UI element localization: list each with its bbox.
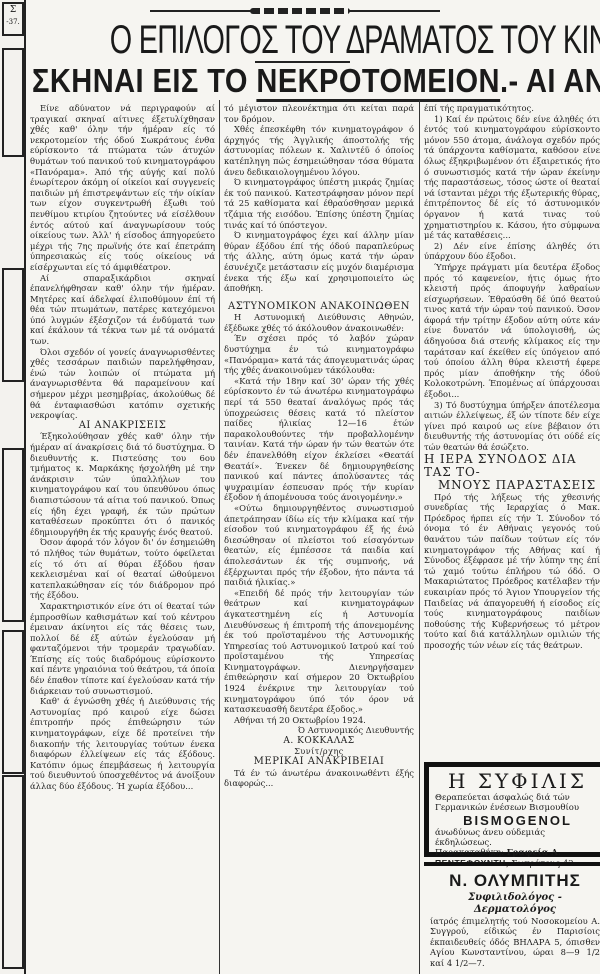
sub-headline: ΣΚΗΝΑΙ ΕΙΣ ΤΟ ΝΕΚΡΟΤΟΜΕΙΟΝ.- ΑΙ ΑΝΑΚΡΙΣΕ… bbox=[32, 62, 560, 100]
paragraph: Όλοι σχεδόν οί γονείς άναγνωρισθέντες χθ… bbox=[30, 347, 215, 421]
section-heading-inaccuracies: ΜΕΡΙΚΑΙ ΑΝΑΚΡΙΒΕΙΑΙ bbox=[224, 757, 414, 768]
column-rule-2 bbox=[419, 100, 420, 974]
sub-headline-part2: ΝΕΚΡΟΤΟΜΕΙΟΝ bbox=[256, 62, 500, 102]
paragraph: 2) Δέν είνε έπίσης άληθές ότι ύπάρχουν δ… bbox=[424, 241, 600, 262]
left-fragment-number: -37. bbox=[6, 18, 20, 26]
signature-title: Ό Αστυνομικός Διευθυντής bbox=[224, 725, 414, 736]
left-ad-box-4 bbox=[2, 630, 24, 774]
ad-doctor-profession: Συφιλιδολόγος - Δερματολόγος bbox=[430, 892, 600, 916]
ad-deposit-value: Γραφεία Α. bbox=[507, 848, 561, 858]
section-heading-holy-synod: Η ΙΕΡΑ ΣΥΝΟΔΟΣ ΔΙΑ ΤΑΣ ΤΟ- bbox=[424, 453, 600, 479]
paragraph: «Ούτω δημιουργηθέντος συνωστισμού άπετρά… bbox=[224, 503, 414, 588]
ad-doctor-name: Ν. ΟΛΥΜΠΙΤΗΣ bbox=[430, 870, 600, 892]
ad-title: Η ΣΥΦΙΛΙΣ bbox=[435, 769, 600, 793]
paragraph: «Επειδή δέ πρός τήν λειτουργίαν τών θεάτ… bbox=[224, 588, 414, 715]
left-ad-box-5 bbox=[2, 775, 24, 969]
ad-text: Θεραπεύεται άσφαλώς διά τών Γερμανικών έ… bbox=[435, 793, 600, 813]
paragraph: Έν σχέσει πρός τό λαβόν χώραν δυστύχημα … bbox=[224, 333, 414, 375]
left-ad-box-3 bbox=[2, 448, 24, 622]
paragraph: Καθ' ά έγνώσθη χθές ή Διεύθυνσις τής Αστ… bbox=[30, 696, 215, 791]
article-column-3: έπί τής πραγματικότητος. 1) Καί έν πρώτο… bbox=[424, 103, 600, 743]
signature-name: Α. ΚΟΚΚΑΛΑΣ bbox=[224, 736, 414, 747]
main-headline: Ο ΕΠΙΛΟΓΟΣ ΤΟΥ ΔΡΑΜΑΤΟΣ ΤΟΥ ΚΙΝΗΜΑΤΟΓΡΑΦ… bbox=[110, 18, 520, 62]
ad-text: άνωδύνως άνευ ούδεμιάς έκδηλώσεως. bbox=[435, 828, 600, 848]
title-ornament bbox=[150, 8, 440, 14]
left-ad-box-2 bbox=[2, 268, 24, 382]
section-heading-holy-synod-line2: ΜΝΟΥΣ ΠΑΡΑΣΤΑΣΕΙΣ bbox=[424, 479, 600, 492]
paragraph: Ό κινηματογράφος ύπέστη μικράς ζημίας έκ… bbox=[224, 177, 414, 230]
section-heading-investigations: ΑΙ ΑΝΑΚΡΙΣΕΙΣ bbox=[30, 421, 215, 432]
left-ad-box-1 bbox=[2, 48, 24, 157]
ad-doctor-olympitis: Ν. ΟΛΥΜΠΙΤΗΣ Συφιλιδολόγος - Δερματολόγο… bbox=[424, 870, 600, 974]
article-column-2: τό μέγιστον πλεονέκτημα ότι κείται παρά … bbox=[224, 103, 414, 974]
paragraph: Τά έν τώ άνωτέρω άνακοινωθέντι έξής διαφ… bbox=[224, 768, 414, 789]
adjacent-column-strip: Σ -37. bbox=[0, 0, 26, 974]
paragraph: έπί τής πραγματικότητος. bbox=[424, 103, 600, 114]
newspaper-page: Σ -37. Ο ΕΠΙΛΟΓΟΣ ΤΟΥ ΔΡΑΜΑΤΟΣ ΤΟΥ ΚΙΝΗΜ… bbox=[0, 0, 600, 974]
ad-syphilis-treatment: Η ΣΥΦΙΛΙΣ Θεραπεύεται άσφαλώς διά τών Γε… bbox=[424, 762, 600, 857]
left-fragment-letter: Σ bbox=[10, 5, 16, 15]
paragraph: τό μέγιστον πλεονέκτημα ότι κείται παρά … bbox=[224, 103, 414, 124]
section-heading-police-announcement: ΑΣΤΥΝΟΜΙΚΟΝ ΑΝΑΚΟΙΝΩΘΕΝ bbox=[224, 302, 414, 313]
sub-headline-part3: .- ΑΙ ΑΝΑΚΡΙΣΕΙΣ bbox=[500, 62, 600, 99]
column-rule-1 bbox=[219, 100, 220, 974]
ad-deposit-label: Παρακαταθήκη: bbox=[435, 848, 504, 858]
paragraph: Ό κινηματογράφος έχει καί άλλην μίαν θύρ… bbox=[224, 230, 414, 294]
ad-deposit-line: Παρακαταθήκη: Γραφεία Α. bbox=[435, 848, 600, 858]
paragraph: «Κατά τήν 18ην καί 30' ώραν τής χθές εύρ… bbox=[224, 376, 414, 503]
paragraph: Όσον άφορά τόν λόγον δι' όν έσημειώθη τό… bbox=[30, 537, 215, 601]
ad-separator bbox=[424, 862, 600, 866]
paragraph: Χθές έπεσκέφθη τόν κινηματογράφον ό άρχη… bbox=[224, 124, 414, 177]
paragraph: 3) Τό δυστύχημα ύπήρξεν άποτέλεσμα αιτιώ… bbox=[424, 400, 600, 453]
paragraph: Είνε αδύνατον νά περιγραφούν αί τραγικαί… bbox=[30, 103, 215, 273]
left-fragment-box: Σ -37. bbox=[2, 2, 24, 36]
paragraph: Η Αστυνομική Διεύθυνσις Αθηνών, έξέδωκε … bbox=[224, 312, 414, 333]
paragraph: Πρό τής λήξεως τής χθεσινής συνεδρίας τή… bbox=[424, 492, 600, 651]
ad-brand-name: BISMOGENOL bbox=[435, 813, 600, 828]
paragraph: Αί σπαραξικάρδιοι σκηναί έπανελήφθησαν κ… bbox=[30, 273, 215, 347]
paragraph: Χαρακτηριστικόν είνε ότι οί θεαταί τών έ… bbox=[30, 601, 215, 696]
paragraph: Έξηκολούθησαν χθές καθ' όλην τήν ήμέραν … bbox=[30, 431, 215, 537]
dateline: Αθήναι τή 20 Οκτωβρίου 1924. bbox=[224, 715, 414, 726]
paragraph: Ύπήρχε πράγματι μία δευτέρα έξοδος πρός … bbox=[424, 262, 600, 400]
sub-headline-part1: ΣΚΗΝΑΙ ΕΙΣ ΤΟ bbox=[32, 62, 256, 99]
article-column-1: Είνε αδύνατον νά περιγραφούν αί τραγικαί… bbox=[30, 103, 215, 974]
ad-doctor-details: ίατρός έπιμελητής τού Νοσοκομείου Α. Συγ… bbox=[430, 916, 600, 968]
paragraph: 1) Καί έν πρώτοις δέν είνε άληθές ότι έν… bbox=[424, 114, 600, 241]
